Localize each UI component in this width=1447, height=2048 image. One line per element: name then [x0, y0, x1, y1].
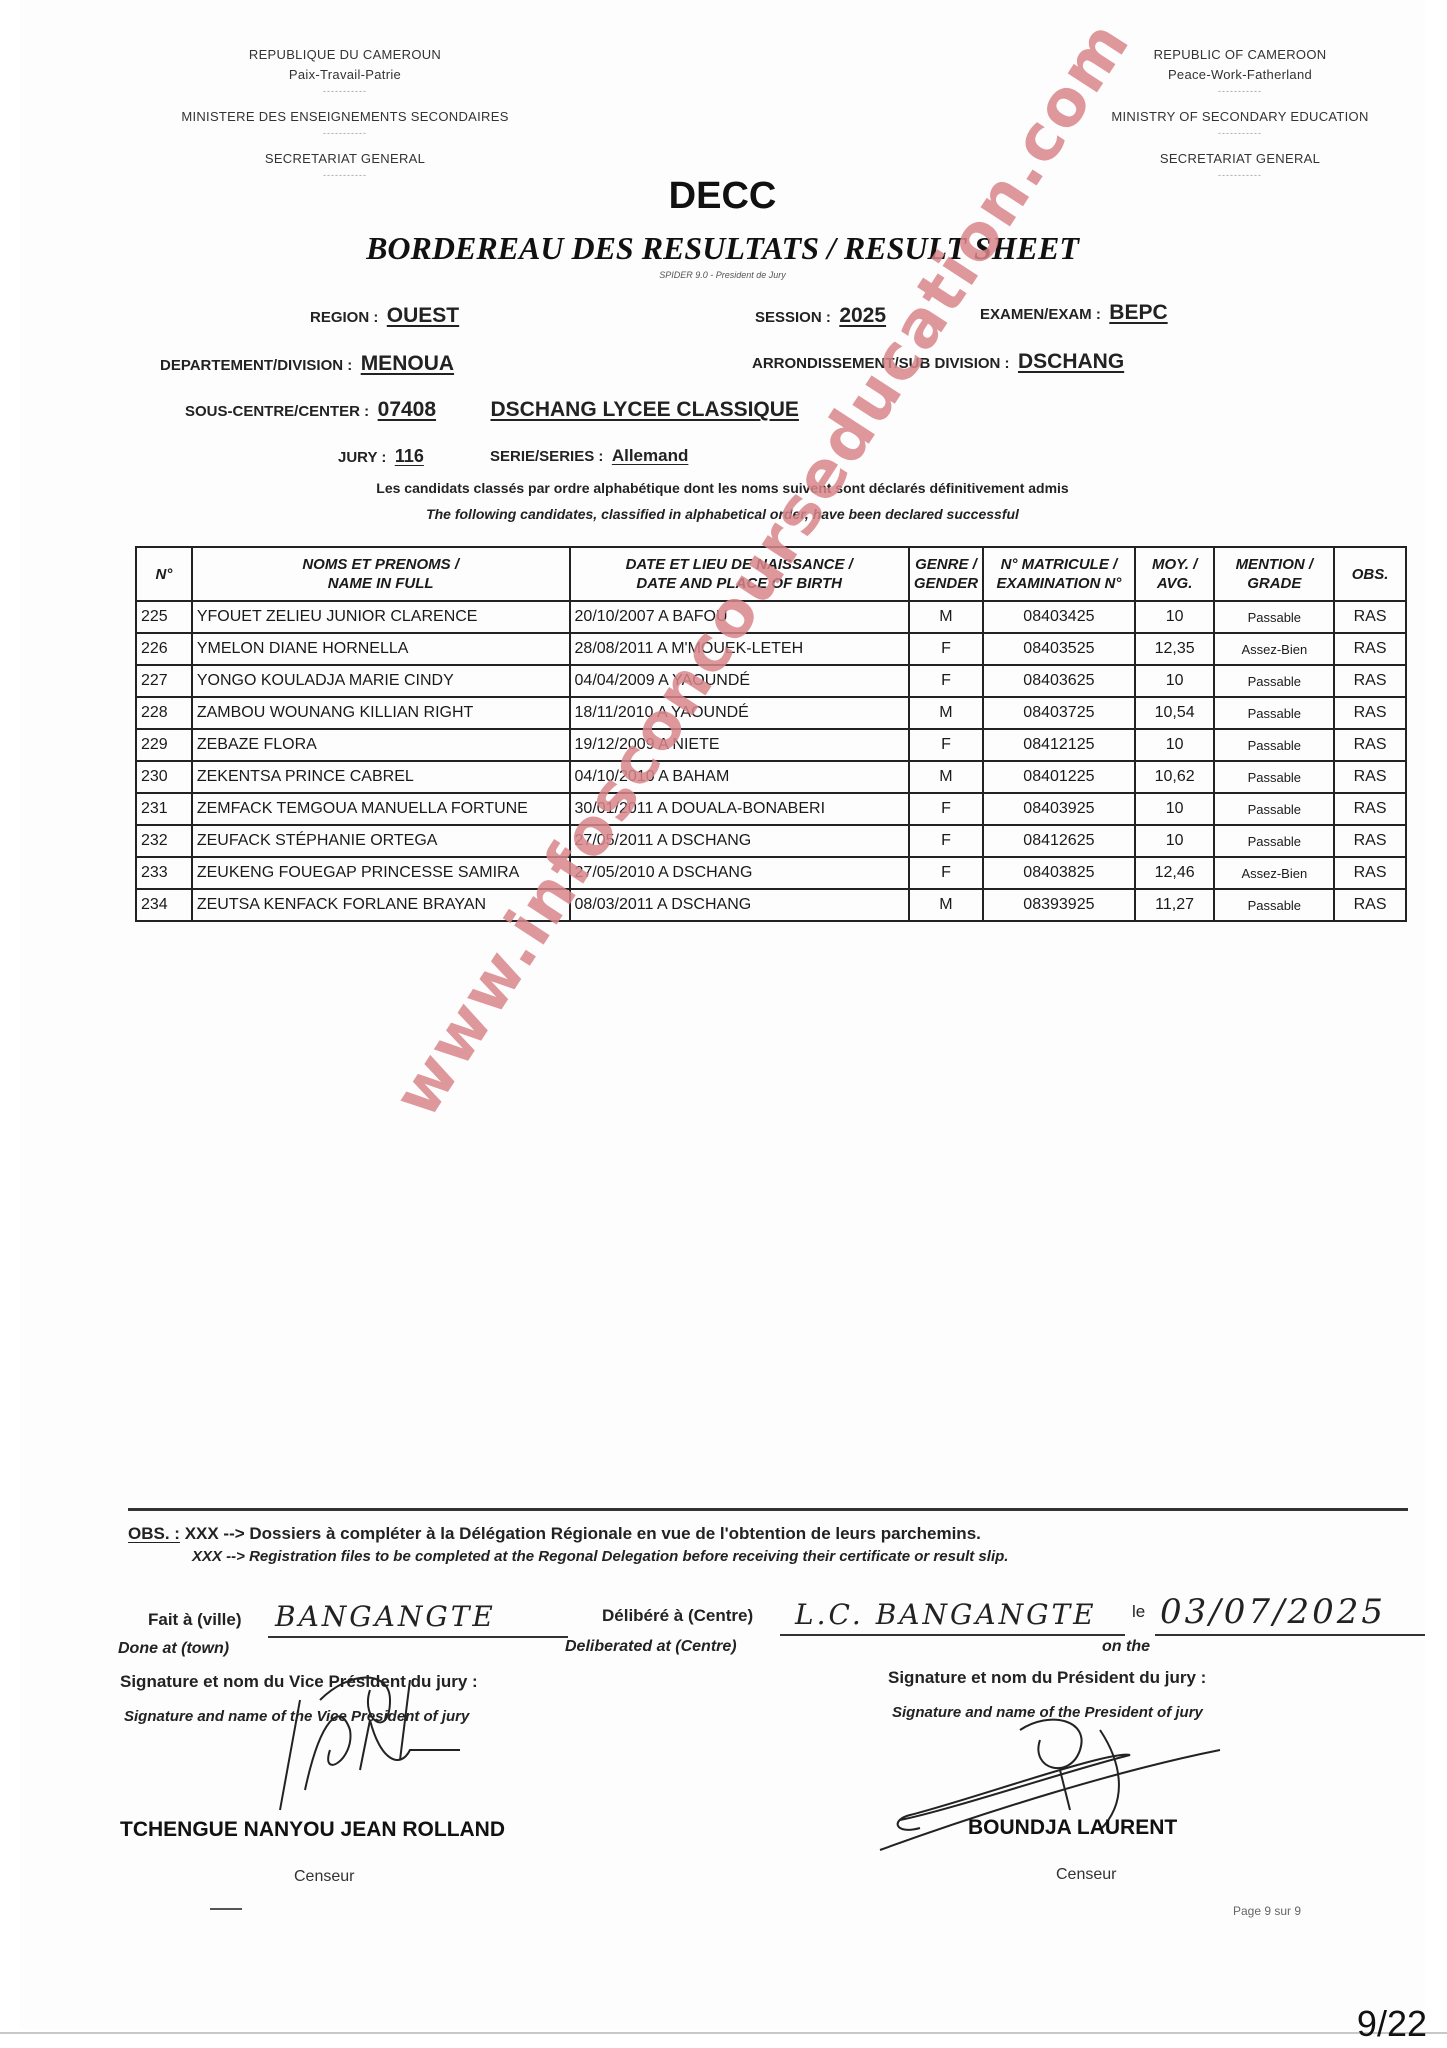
notice-fr: Les candidats classés par ordre alphabét…	[20, 480, 1425, 496]
exam-field: EXAMEN/EXAM : BEPC	[980, 301, 1168, 325]
cell-grade: Passable	[1214, 601, 1334, 633]
cell-avg: 11,27	[1135, 889, 1215, 921]
cell-name: YMELON DIANE HORNELLA	[192, 633, 570, 665]
vp-signature	[260, 1660, 520, 1820]
agency-title: DECC	[20, 175, 1425, 218]
cell-gender: M	[909, 889, 983, 921]
obs-note-fr: OBS. : XXX --> Dossiers à compléter à la…	[128, 1524, 981, 1544]
cell-n: 228	[136, 697, 192, 729]
done-at-value: BANGANGTE	[275, 1600, 496, 1633]
ministry-fr: MINISTERE DES ENSEIGNEMENTS SECONDAIRES	[135, 107, 555, 127]
cell-name: ZEKENTSA PRINCE CABREL	[192, 761, 570, 793]
cell-obs: RAS	[1334, 889, 1406, 921]
region-label: REGION :	[310, 309, 378, 326]
cell-birth: 27/05/2010 A DSCHANG	[570, 857, 909, 889]
exam-label: EXAMEN/EXAM :	[980, 306, 1101, 323]
column-header: OBS.	[1334, 547, 1406, 601]
cell-grade: Passable	[1214, 889, 1334, 921]
deliberated-line	[780, 1634, 1125, 1636]
column-header-en: GENDER	[914, 574, 978, 593]
table-row: 228ZAMBOU WOUNANG KILLIAN RIGHT18/11/201…	[136, 697, 1406, 729]
president-signature	[870, 1710, 1290, 1870]
cell-matricule: 08403925	[983, 793, 1135, 825]
series-value: Allemand	[612, 446, 689, 465]
separator: -----------	[135, 127, 555, 139]
cell-avg: 10	[1135, 729, 1215, 761]
cell-n: 232	[136, 825, 192, 857]
cell-grade: Passable	[1214, 793, 1334, 825]
cell-matricule: 08401225	[983, 761, 1135, 793]
cell-matricule: 08403525	[983, 633, 1135, 665]
table-row: 233ZEUKENG FOUEGAP PRINCESSE SAMIRA27/05…	[136, 857, 1406, 889]
center-field: SOUS-CENTRE/CENTER : 07408 DSCHANG LYCEE…	[185, 398, 799, 422]
cell-obs: RAS	[1334, 697, 1406, 729]
cell-grade: Passable	[1214, 697, 1334, 729]
small-dash	[210, 1908, 242, 1910]
jury-value: 116	[395, 446, 424, 466]
division-value: MENOUA	[361, 352, 454, 375]
cell-matricule: 08403825	[983, 857, 1135, 889]
column-header-fr: MOY. /	[1140, 555, 1210, 574]
cell-obs: RAS	[1334, 665, 1406, 697]
cell-gender: F	[909, 793, 983, 825]
date-value: 03/07/2025	[1160, 1592, 1386, 1632]
cell-n: 234	[136, 889, 192, 921]
column-header-fr: N°	[141, 565, 187, 584]
cell-name: YFOUET ZELIEU JUNIOR CLARENCE	[192, 601, 570, 633]
column-header: N° MATRICULE /EXAMINATION N°	[983, 547, 1135, 601]
cell-gender: M	[909, 601, 983, 633]
cell-obs: RAS	[1334, 729, 1406, 761]
cell-matricule: 08403425	[983, 601, 1135, 633]
cell-gender: M	[909, 697, 983, 729]
division-label: DEPARTEMENT/DIVISION :	[160, 357, 352, 374]
vp-role: Censeur	[294, 1868, 354, 1886]
vp-name: TCHENGUE NANYOU JEAN ROLLAND	[120, 1818, 505, 1842]
jury-label: JURY :	[338, 449, 386, 466]
cell-gender: F	[909, 665, 983, 697]
cell-birth: 08/03/2011 A DSCHANG	[570, 889, 909, 921]
cell-gender: M	[909, 761, 983, 793]
series-label: SERIE/SERIES :	[490, 448, 603, 465]
column-header-fr: GENRE /	[914, 555, 978, 574]
separator: -----------	[1030, 127, 1447, 139]
date-line	[1155, 1634, 1425, 1636]
cell-matricule: 08403725	[983, 697, 1135, 729]
exam-value: BEPC	[1109, 301, 1167, 324]
cell-n: 233	[136, 857, 192, 889]
cell-gender: F	[909, 825, 983, 857]
cell-matricule: 08412625	[983, 825, 1135, 857]
page-number: Page 9 sur 9	[1233, 1904, 1301, 1918]
table-row: 234ZEUTSA KENFACK FORLANE BRAYAN08/03/20…	[136, 889, 1406, 921]
obs-label: OBS. :	[128, 1524, 180, 1543]
cell-avg: 10	[1135, 793, 1215, 825]
cell-gender: F	[909, 857, 983, 889]
column-header: MOY. /AVG.	[1135, 547, 1215, 601]
subdivision-value: DSCHANG	[1018, 350, 1124, 373]
date-label-en: on the	[1102, 1638, 1150, 1656]
session-label: SESSION :	[755, 309, 831, 326]
date-label: le	[1132, 1602, 1145, 1622]
done-at-label-en: Done at (town)	[118, 1640, 229, 1658]
table-row: 227YONGO KOULADJA MARIE CINDY04/04/2009 …	[136, 665, 1406, 697]
cell-avg: 10	[1135, 825, 1215, 857]
viewer-page-counter: 9/22	[1357, 2003, 1427, 2045]
done-at-label: Fait à (ville)	[148, 1610, 242, 1630]
column-header: MENTION /GRADE	[1214, 547, 1334, 601]
column-header-en: NAME IN FULL	[197, 574, 565, 593]
document-title: BORDEREAU DES RESULTATS / RESULT SHEET	[20, 230, 1425, 267]
separator: -----------	[135, 85, 555, 97]
cell-grade: Passable	[1214, 825, 1334, 857]
division-field: DEPARTEMENT/DIVISION : MENOUA	[160, 352, 454, 376]
table-row: 229ZEBAZE FLORA19/12/2009 A NIETEF084121…	[136, 729, 1406, 761]
column-header-fr: N° MATRICULE /	[988, 555, 1130, 574]
cell-name: ZEBAZE FLORA	[192, 729, 570, 761]
cell-name: YONGO KOULADJA MARIE CINDY	[192, 665, 570, 697]
center-code: 07408	[378, 398, 436, 421]
table-body: 225YFOUET ZELIEU JUNIOR CLARENCE20/10/20…	[136, 601, 1406, 921]
done-at-line	[268, 1636, 568, 1638]
cell-gender: F	[909, 633, 983, 665]
footer-divider	[128, 1508, 1408, 1511]
cell-obs: RAS	[1334, 857, 1406, 889]
table-row: 230ZEKENTSA PRINCE CABREL04/10/2010 A BA…	[136, 761, 1406, 793]
center-name: DSCHANG LYCEE CLASSIQUE	[491, 398, 799, 421]
header-left: REPUBLIQUE DU CAMEROUN Paix-Travail-Patr…	[135, 45, 555, 181]
deliberated-label-en: Deliberated at (Centre)	[565, 1638, 737, 1656]
deliberated-label: Délibéré à (Centre)	[602, 1606, 753, 1626]
cell-avg: 10,62	[1135, 761, 1215, 793]
cell-matricule: 08403625	[983, 665, 1135, 697]
column-header: N°	[136, 547, 192, 601]
cell-obs: RAS	[1334, 633, 1406, 665]
page-edge	[0, 2032, 1447, 2034]
center-label: SOUS-CENTRE/CENTER :	[185, 403, 369, 420]
cell-name: ZEMFACK TEMGOUA MANUELLA FORTUNE	[192, 793, 570, 825]
president-signature-label: Signature et nom du Président du jury :	[888, 1668, 1206, 1688]
cell-obs: RAS	[1334, 601, 1406, 633]
column-header-en: EXAMINATION N°	[988, 574, 1130, 593]
motto-fr: Paix-Travail-Patrie	[135, 65, 555, 85]
column-header: GENRE /GENDER	[909, 547, 983, 601]
obs-text-en: XXX --> Registration files to be complet…	[192, 1548, 1008, 1565]
region-field: REGION : OUEST	[310, 304, 459, 328]
session-field: SESSION : 2025	[755, 304, 886, 328]
column-header-fr: OBS.	[1339, 565, 1401, 584]
cell-matricule: 08412125	[983, 729, 1135, 761]
cell-grade: Assez-Bien	[1214, 857, 1334, 889]
cell-avg: 10	[1135, 665, 1215, 697]
cell-n: 230	[136, 761, 192, 793]
cell-n: 227	[136, 665, 192, 697]
cell-name: ZEUFACK STÉPHANIE ORTEGA	[192, 825, 570, 857]
table-row: 226YMELON DIANE HORNELLA28/08/2011 A M'M…	[136, 633, 1406, 665]
column-header-en: GRADE	[1219, 574, 1329, 593]
cell-n: 229	[136, 729, 192, 761]
cell-gender: F	[909, 729, 983, 761]
deliberated-value: L.C. BANGANGTE	[795, 1598, 1097, 1631]
cell-grade: Passable	[1214, 729, 1334, 761]
cell-n: 226	[136, 633, 192, 665]
column-header-fr: NOMS ET PRENOMS /	[197, 555, 565, 574]
document-page: REPUBLIQUE DU CAMEROUN Paix-Travail-Patr…	[20, 0, 1425, 2030]
document-subtitle: SPIDER 9.0 - President de Jury	[20, 270, 1425, 280]
president-name: BOUNDJA LAURENT	[968, 1816, 1177, 1840]
cell-n: 231	[136, 793, 192, 825]
president-role: Censeur	[1056, 1866, 1116, 1884]
column-header-fr: MENTION /	[1219, 555, 1329, 574]
cell-obs: RAS	[1334, 793, 1406, 825]
cell-avg: 10	[1135, 601, 1215, 633]
obs-text-fr: XXX --> Dossiers à compléter à la Déléga…	[185, 1524, 981, 1543]
cell-n: 225	[136, 601, 192, 633]
cell-avg: 10,54	[1135, 697, 1215, 729]
cell-grade: Passable	[1214, 761, 1334, 793]
cell-avg: 12,46	[1135, 857, 1215, 889]
table-row: 232ZEUFACK STÉPHANIE ORTEGA27/05/2011 A …	[136, 825, 1406, 857]
notice-en: The following candidates, classified in …	[20, 506, 1425, 522]
table-row: 231ZEMFACK TEMGOUA MANUELLA FORTUNE30/01…	[136, 793, 1406, 825]
column-header: NOMS ET PRENOMS /NAME IN FULL	[192, 547, 570, 601]
cell-grade: Passable	[1214, 665, 1334, 697]
cell-obs: RAS	[1334, 761, 1406, 793]
cell-obs: RAS	[1334, 825, 1406, 857]
jury-field: JURY : 116	[338, 446, 424, 467]
series-field: SERIE/SERIES : Allemand	[490, 446, 688, 466]
cell-matricule: 08393925	[983, 889, 1135, 921]
cell-name: ZAMBOU WOUNANG KILLIAN RIGHT	[192, 697, 570, 729]
secretariat-fr: SECRETARIAT GENERAL	[135, 149, 555, 169]
cell-grade: Assez-Bien	[1214, 633, 1334, 665]
cell-avg: 12,35	[1135, 633, 1215, 665]
region-value: OUEST	[387, 304, 459, 327]
column-header-en: AVG.	[1140, 574, 1210, 593]
secretariat-en: SECRETARIAT GENERAL	[1030, 149, 1447, 169]
country-fr: REPUBLIQUE DU CAMEROUN	[135, 45, 555, 65]
